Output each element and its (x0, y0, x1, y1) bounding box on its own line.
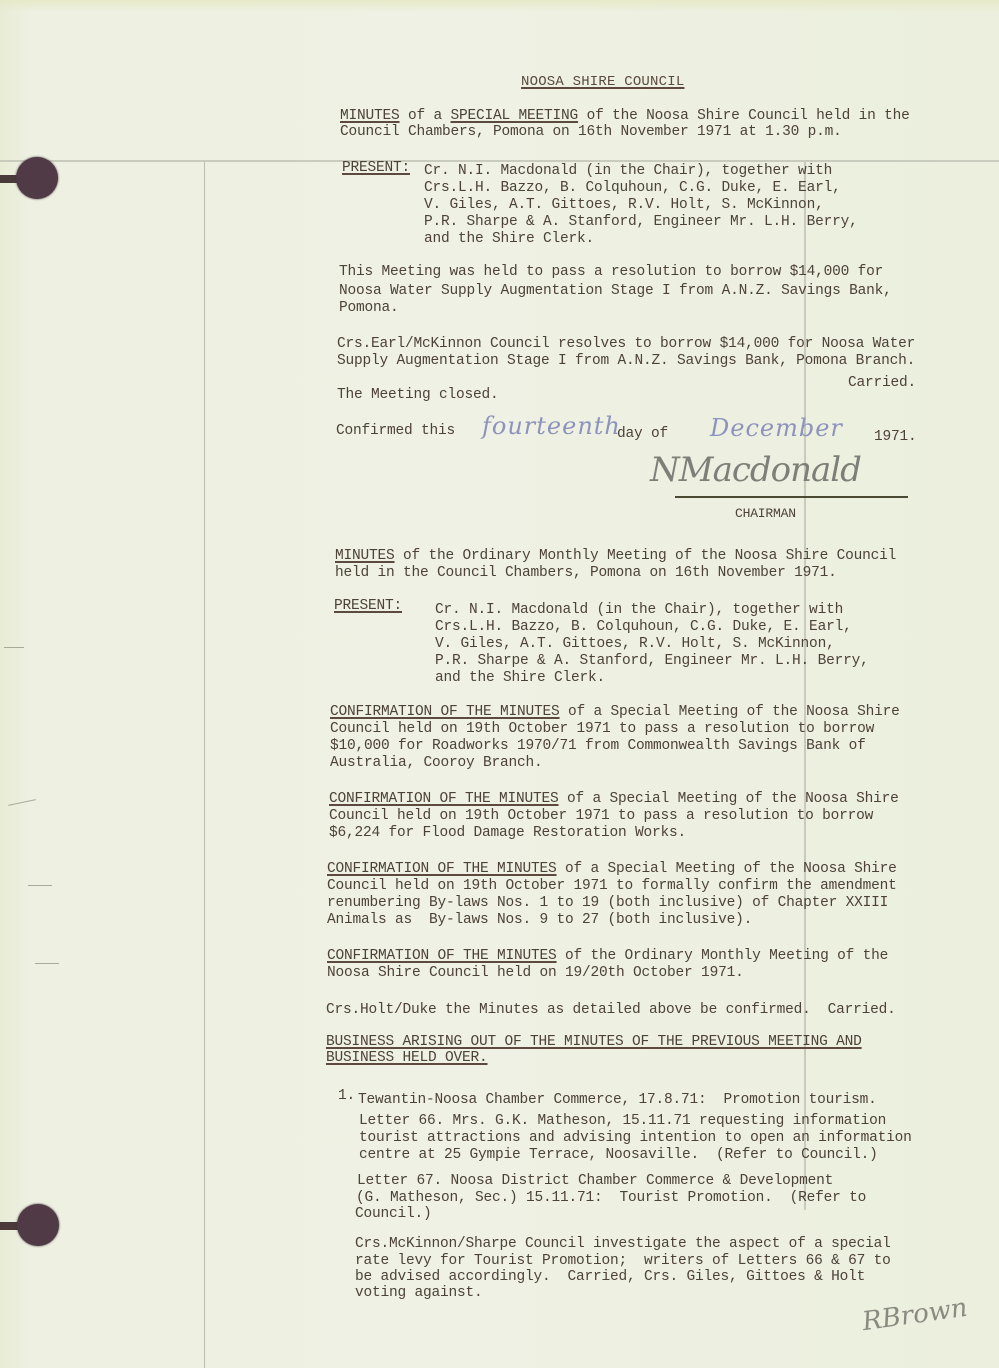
confirmation-label: CONFIRMATION OF THE MINUTES (327, 861, 557, 877)
letter-line: centre at 25 Gympie Terrace, Noosaville.… (359, 1147, 878, 1163)
confirmation-text: of a Special Meeting of the Noosa Shire (557, 861, 897, 877)
item-number: 1. (338, 1088, 355, 1104)
purpose-line: Pomona. (339, 300, 399, 316)
purpose-line: This Meeting was held to pass a resoluti… (339, 264, 883, 280)
handwritten-day: fourteenth (482, 412, 621, 440)
confirmation-label: CONFIRMATION OF THE MINUTES (329, 791, 559, 807)
purpose-line: Noosa Water Supply Augmentation Stage I … (339, 283, 892, 299)
confirmed-year: 1971. (874, 429, 917, 445)
present-label: PRESENT: (334, 598, 402, 614)
ordinary-meeting-intro-line-2: held in the Council Chambers, Pomona on … (335, 565, 837, 581)
present-line: Cr. N.I. Macdonald (in the Chair), toget… (435, 602, 843, 618)
present-line: and the Shire Clerk. (435, 670, 605, 686)
punch-hole-icon (16, 157, 58, 199)
confirmation-line: Council held on 19th October 1971 to pas… (330, 721, 874, 737)
letter-line: Letter 67. Noosa District Chamber Commer… (357, 1173, 833, 1189)
item-resolution-line: Crs.McKinnon/Sharpe Council investigate … (355, 1236, 891, 1252)
present-line: V. Giles, A.T. Gittoes, R.V. Holt, S. Mc… (424, 197, 824, 213)
chairman-signature: NMacdonald (650, 450, 861, 490)
confirmed-prefix: Confirmed this (336, 423, 455, 439)
confirmation-line: Animals as By-laws Nos. 9 to 27 (both in… (327, 912, 752, 928)
present-line: P.R. Sharpe & A. Stanford, Engineer Mr. … (424, 214, 858, 230)
confirmation-text: of a Special Meeting of the Noosa Shire (560, 704, 900, 720)
confirmation-line: renumbering By-laws Nos. 1 to 19 (both i… (327, 895, 888, 911)
confirmation-heading: CONFIRMATION OF THE MINUTES of a Special… (329, 791, 899, 807)
present-line: Crs.L.H. Bazzo, B. Colquhoun, C.G. Duke,… (424, 180, 841, 196)
confirmation-heading: CONFIRMATION OF THE MINUTES of a Special… (327, 861, 897, 877)
margin-mark (4, 647, 24, 648)
letter-line: Letter 66. Mrs. G.K. Matheson, 15.11.71 … (359, 1113, 886, 1129)
handwritten-month: December (710, 414, 843, 442)
confirmation-line: Council held on 19th October 1971 to for… (327, 878, 897, 894)
margin-mark (28, 885, 52, 886)
punch-hole-icon (17, 1204, 59, 1246)
intro-text: of the Ordinary Monthly Meeting of the N… (395, 548, 897, 564)
paper-edge-tint (0, 0, 999, 12)
ordinary-meeting-intro: MINUTES of the Ordinary Monthly Meeting … (335, 548, 896, 564)
meeting-closed: The Meeting closed. (337, 387, 499, 403)
document-heading: NOOSA SHIRE COUNCIL (521, 74, 684, 90)
confirmation-motion: Crs.Holt/Duke the Minutes as detailed ab… (326, 1002, 896, 1018)
letter-line: (G. Matheson, Sec.) 15.11.71: Tourist Pr… (356, 1190, 866, 1206)
confirmation-text: of a Special Meeting of the Noosa Shire (559, 791, 899, 807)
item-resolution-line: rate levy for Tourist Promotion; writers… (355, 1253, 891, 1269)
confirmation-line: Council held on 19th October 1971 to pas… (329, 808, 873, 824)
vertical-fold-line (804, 160, 806, 1210)
confirmation-label: CONFIRMATION OF THE MINUTES (330, 704, 560, 720)
confirmation-heading: CONFIRMATION OF THE MINUTES of the Ordin… (327, 948, 888, 964)
item-resolution-line: voting against. (355, 1285, 483, 1301)
chairman-label: CHAIRMAN (735, 506, 796, 522)
letter-line: Council.) (355, 1206, 432, 1222)
confirmation-line: $6,224 for Flood Damage Restoration Work… (329, 825, 686, 841)
horizontal-fold-line (0, 160, 999, 162)
item-title: Tewantin-Noosa Chamber Commerce, 17.8.71… (358, 1092, 877, 1108)
special-meeting-intro: MINUTES of a SPECIAL MEETING of the Noos… (340, 108, 910, 124)
confirmation-text: of the Ordinary Monthly Meeting of the (557, 948, 889, 964)
intro-text: of the Noosa Shire Council held in the (578, 108, 910, 124)
special-meeting-label: SPECIAL MEETING (451, 108, 579, 124)
confirmed-mid: day of (617, 426, 668, 442)
business-heading: BUSINESS ARISING OUT OF THE MINUTES OF T… (326, 1034, 862, 1050)
present-line: V. Giles, A.T. Gittoes, R.V. Holt, S. Mc… (435, 636, 835, 652)
confirmation-label: CONFIRMATION OF THE MINUTES (327, 948, 557, 964)
business-heading-line-2: BUSINESS HELD OVER. (326, 1050, 488, 1066)
minutes-label: MINUTES (340, 108, 400, 124)
special-meeting-intro-line-2: Council Chambers, Pomona on 16th Novembe… (340, 124, 842, 140)
resolution-line: Crs.Earl/McKinnon Council resolves to bo… (337, 336, 915, 352)
resolution-line: Supply Augmentation Stage I from A.N.Z. … (337, 353, 915, 369)
confirmation-line: Australia, Cooroy Branch. (330, 755, 543, 771)
minutes-label: MINUTES (335, 548, 395, 564)
confirmation-heading: CONFIRMATION OF THE MINUTES of a Special… (330, 704, 900, 720)
present-label: PRESENT: (342, 160, 410, 176)
confirmation-line: $10,000 for Roadworks 1970/71 from Commo… (330, 738, 866, 754)
confirmation-line: Noosa Shire Council held on 19/20th Octo… (327, 965, 744, 981)
letter-line: tourist attractions and advising intenti… (359, 1130, 912, 1146)
present-line: Crs.L.H. Bazzo, B. Colquhoun, C.G. Duke,… (435, 619, 852, 635)
present-line: and the Shire Clerk. (424, 231, 594, 247)
item-resolution-line: be advised accordingly. Carried, Crs. Gi… (355, 1269, 865, 1285)
intro-text: of a (400, 108, 451, 124)
present-line: P.R. Sharpe & A. Stanford, Engineer Mr. … (435, 653, 869, 669)
resolution-status: Carried. (820, 375, 916, 391)
signature-line (675, 496, 908, 498)
margin-mark (35, 963, 59, 964)
present-line: Cr. N.I. Macdonald (in the Chair), toget… (424, 163, 832, 179)
left-margin-rule (204, 161, 205, 1368)
